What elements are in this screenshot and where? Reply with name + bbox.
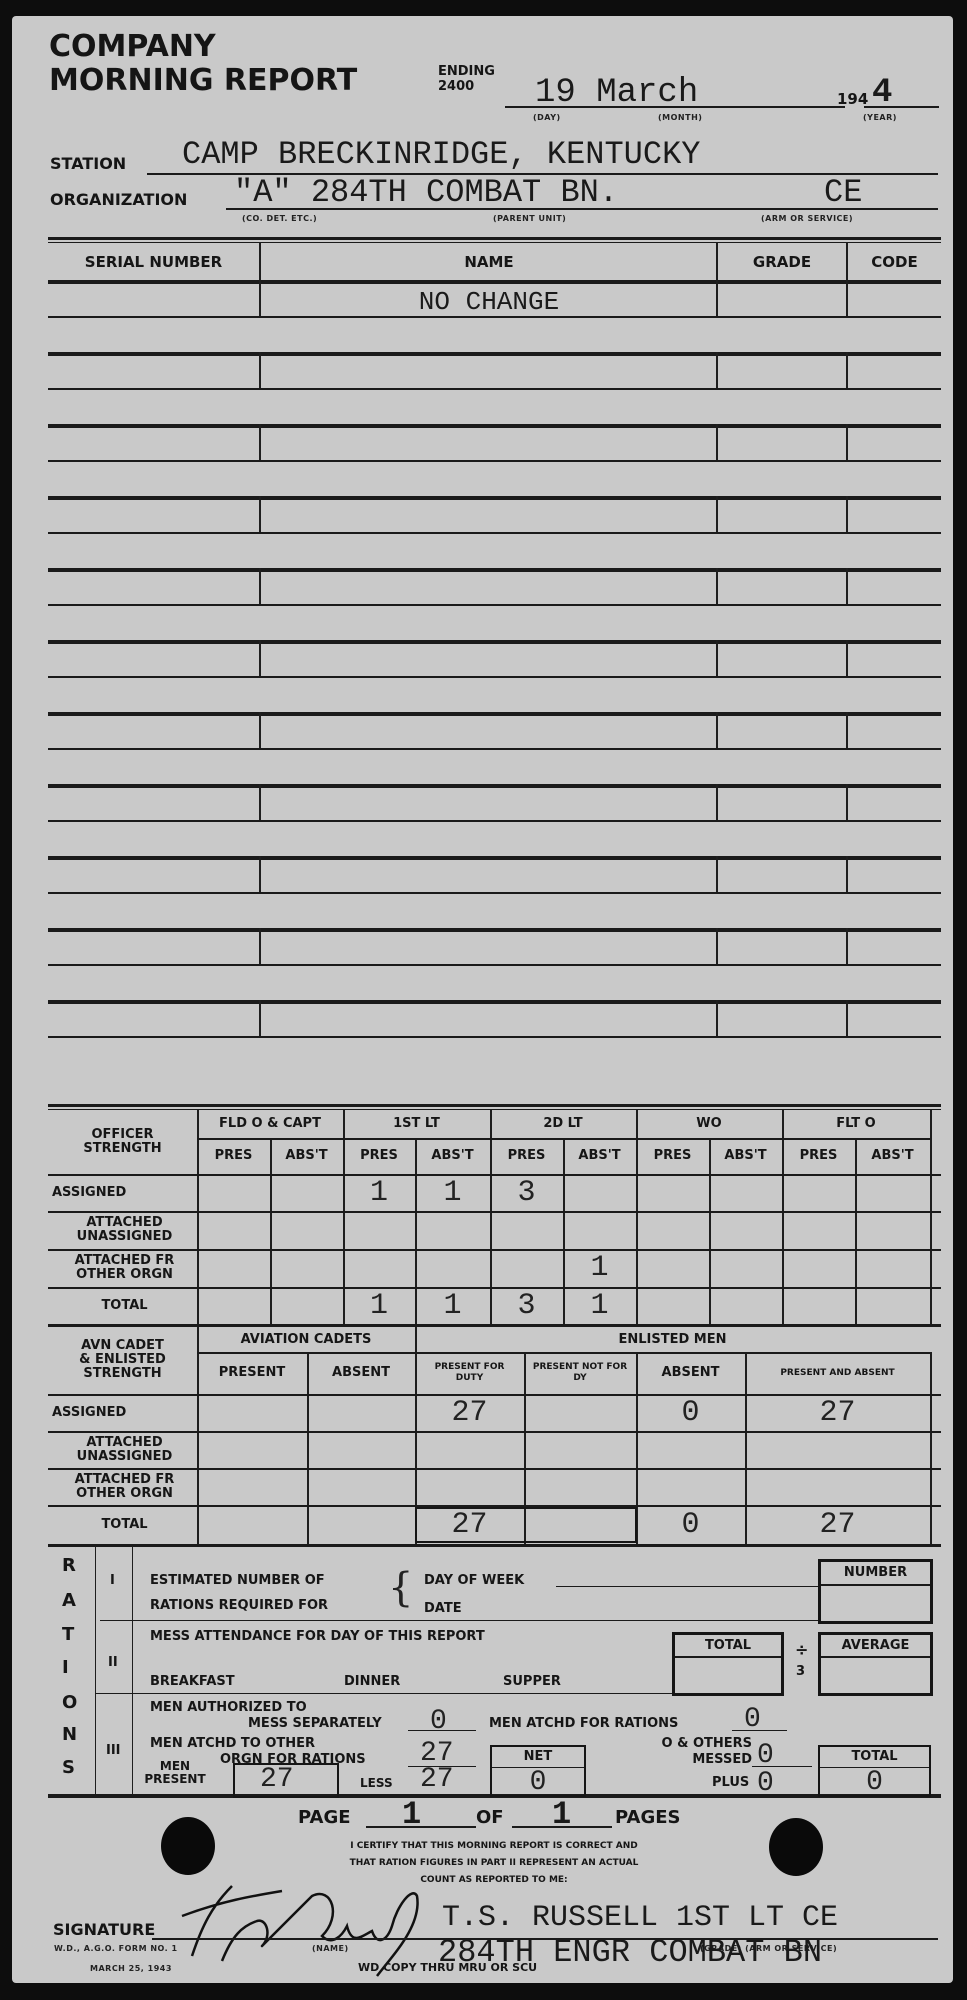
officer-cell[interactable] — [782, 1287, 855, 1324]
officer-cell[interactable] — [855, 1249, 930, 1287]
col-divider — [259, 640, 261, 676]
unit-stamp: 284TH ENGR COMBAT BN — [438, 1934, 822, 1971]
enlisted-cell[interactable]: 27 — [745, 1394, 930, 1431]
col-divider — [259, 242, 261, 280]
station-label: STATION — [50, 154, 126, 173]
roster-row-rule — [48, 748, 941, 750]
col-divider — [259, 280, 261, 316]
officer-group-header: FLT O — [782, 1110, 930, 1138]
officer-cell[interactable] — [490, 1211, 563, 1249]
net-label: NET — [490, 1747, 586, 1767]
enlisted-cell[interactable] — [524, 1394, 636, 1431]
officer-cell[interactable] — [415, 1249, 490, 1287]
col-divider — [846, 242, 848, 280]
roster-row-rule — [48, 424, 941, 428]
year-caption: (YEAR) — [863, 113, 897, 122]
title-line-2: MORNING REPORT — [49, 64, 357, 98]
col-divider — [846, 568, 848, 604]
header-serial-number: SERIAL NUMBER — [48, 244, 259, 280]
section-rule — [48, 1104, 941, 1107]
officer-cell[interactable] — [782, 1249, 855, 1287]
men-present-value: 27 — [260, 1764, 294, 1795]
enlisted-cell[interactable] — [197, 1394, 307, 1431]
row-label: ATTACHED FR OTHER ORGN — [52, 1468, 197, 1505]
divide-icon: ÷ — [795, 1643, 808, 1657]
title-line: STRENGTH — [83, 1142, 161, 1156]
box-rule — [821, 1656, 930, 1658]
sub-header-abst: ABS'T — [855, 1138, 930, 1174]
officer-cell[interactable] — [709, 1287, 782, 1324]
rations-total-label: TOTAL — [818, 1747, 931, 1767]
col-divider — [716, 280, 718, 316]
officer-cell[interactable] — [490, 1249, 563, 1287]
col-divider — [716, 242, 718, 280]
sub-header-abst: ABS'T — [563, 1138, 636, 1174]
organization-value: "A" 284TH COMBAT BN. — [234, 174, 618, 211]
sub-header-pres: PRES — [782, 1138, 855, 1174]
rations-side-letter: A — [62, 1594, 76, 1608]
form-title: COMPANY MORNING REPORT — [49, 30, 357, 98]
sub-header-pres: PRES — [490, 1138, 563, 1174]
officer-cell[interactable] — [563, 1211, 636, 1249]
co-caption: (CO. DET. ETC.) — [242, 214, 317, 223]
ending-label: ENDING 2400 — [438, 64, 495, 94]
organization-label: ORGANIZATION — [50, 190, 187, 209]
ending-text: ENDING — [438, 64, 495, 79]
brace-icon: { — [388, 1566, 413, 1610]
form-number: W.D., A.G.O. FORM NO. 1 — [54, 1944, 178, 1953]
number-label: NUMBER — [818, 1562, 933, 1584]
dinner-label: DINNER — [344, 1675, 400, 1689]
page-label: PAGE — [298, 1807, 351, 1828]
roster-row-rule — [48, 1036, 941, 1038]
enlisted-cell[interactable] — [307, 1394, 415, 1431]
row-rule — [100, 1620, 820, 1621]
title-line: OFFICER — [91, 1128, 153, 1142]
col-divider — [716, 1000, 718, 1036]
mess-total-label: TOTAL — [672, 1635, 784, 1656]
men-atchd-rations-value[interactable]: 0 — [744, 1704, 761, 1735]
roster-top-rule-2 — [48, 242, 941, 243]
box-rule — [821, 1584, 930, 1586]
officer-cell[interactable] — [415, 1211, 490, 1249]
roster-row-rule — [48, 712, 941, 716]
others-text-2: MESSED — [632, 1753, 752, 1767]
officer-cell[interactable] — [270, 1174, 343, 1211]
col-divider — [259, 568, 261, 604]
rations-side-letter: I — [62, 1661, 69, 1675]
col-divider — [846, 856, 848, 892]
mess-separately-text-1: MEN AUTHORIZED TO — [150, 1701, 307, 1715]
signed-name: T.S. RUSSELL 1ST LT CE — [442, 1901, 838, 1935]
officer-cell[interactable] — [782, 1174, 855, 1211]
col-divider — [716, 712, 718, 748]
enlisted-cell[interactable]: 0 — [636, 1505, 745, 1544]
officer-cell[interactable] — [709, 1249, 782, 1287]
name-caption: (NAME) — [312, 1944, 349, 1953]
day-of-week-label: DAY OF WEEK — [424, 1574, 524, 1588]
punch-hole-right — [769, 1818, 823, 1876]
roster-row-rule — [48, 532, 941, 534]
signature-label: SIGNATURE — [53, 1920, 155, 1939]
roster-row-rule — [48, 496, 941, 500]
sub-header-pres: PRES — [636, 1138, 709, 1174]
officer-cell[interactable] — [343, 1249, 415, 1287]
parent-caption: (PARENT UNIT) — [493, 214, 566, 223]
box-rule — [675, 1656, 781, 1658]
others-text-1: O & OTHERS — [632, 1737, 752, 1751]
roster-row-rule — [48, 892, 941, 894]
others-value[interactable]: 0 — [757, 1740, 774, 1771]
enlisted-cell[interactable] — [197, 1505, 307, 1544]
officer-cell[interactable] — [563, 1174, 636, 1211]
less-value: 27 — [420, 1764, 454, 1795]
officer-cell[interactable] — [636, 1211, 709, 1249]
col-divider — [716, 352, 718, 388]
station-value: CAMP BRECKINRIDGE, KENTUCKY — [182, 136, 700, 173]
col-divider — [259, 352, 261, 388]
sub-header-abst: ABS'T — [709, 1138, 782, 1174]
row-rule — [95, 1693, 695, 1694]
officer-cell[interactable]: 1 — [563, 1287, 636, 1324]
arm-value: CE — [824, 174, 862, 211]
roster-row-rule — [48, 352, 941, 356]
roster-row-rule — [48, 856, 941, 860]
officer-cell[interactable]: 1 — [415, 1287, 490, 1324]
rations-side-letter: T — [62, 1628, 74, 1642]
enlisted-column-header: ABSENT — [636, 1352, 745, 1394]
col-divider — [259, 784, 261, 820]
day-of-week-line[interactable] — [556, 1586, 818, 1587]
plus-value: 0 — [757, 1768, 774, 1799]
enlisted-cell[interactable] — [307, 1431, 415, 1468]
col-divider — [846, 280, 848, 316]
roster-row-rule — [48, 568, 941, 572]
officer-cell[interactable] — [636, 1249, 709, 1287]
ending-time: 2400 — [438, 79, 495, 94]
enlisted-cell[interactable] — [524, 1431, 636, 1468]
col-divider — [930, 1110, 932, 1324]
men-atchd-rations-label: MEN ATCHD FOR RATIONS — [489, 1717, 678, 1731]
mess-separately-text-2: MESS SEPARATELY — [248, 1717, 382, 1731]
enlisted-cell[interactable]: 0 — [636, 1394, 745, 1431]
group-enlisted-men: ENLISTED MEN — [415, 1327, 930, 1352]
title-line: & ENLISTED — [79, 1353, 166, 1367]
col-divider — [846, 928, 848, 964]
enlisted-cell[interactable]: 27 — [415, 1394, 524, 1431]
col-divider — [259, 712, 261, 748]
officer-cell[interactable] — [855, 1287, 930, 1324]
enlisted-cell[interactable]: 27 — [745, 1505, 930, 1544]
pages-label: PAGES — [615, 1807, 681, 1828]
roster-row-rule — [48, 676, 941, 678]
row-label: ASSIGNED — [52, 1394, 197, 1431]
enlisted-cell[interactable] — [307, 1468, 415, 1505]
month-caption: (MONTH) — [658, 113, 702, 122]
enlisted-cell[interactable] — [415, 1468, 524, 1505]
rations-side-letter: O — [62, 1696, 77, 1710]
officer-group-header: FLD O & CAPT — [197, 1110, 343, 1138]
col-divider — [716, 856, 718, 892]
roster-row-rule — [48, 460, 941, 462]
col-divider — [132, 1546, 133, 1794]
rations-required-text: RATIONS REQUIRED FOR — [150, 1599, 328, 1613]
sub-header-abst: ABS'T — [270, 1138, 343, 1174]
roster-row-rule — [48, 388, 941, 390]
row-label: ATTACHED UNASSIGNED — [52, 1211, 197, 1249]
officer-cell[interactable] — [197, 1287, 270, 1324]
officer-strength-title: OFFICERSTRENGTH — [48, 1110, 197, 1174]
officer-cell[interactable] — [709, 1211, 782, 1249]
row-rule — [48, 1544, 941, 1547]
officer-cell[interactable]: 3 — [490, 1287, 563, 1324]
roster-row-rule — [48, 1000, 941, 1004]
total-highlight-box — [415, 1507, 637, 1543]
enlisted-strength-title: AVN CADET& ENLISTEDSTRENGTH — [48, 1327, 197, 1393]
organization-underline — [226, 208, 938, 210]
rations-side-letter: R — [62, 1559, 76, 1573]
enlisted-column-header: PRESENT FOR DUTY — [415, 1352, 524, 1394]
roster-row-rule — [48, 604, 941, 606]
mess-attendance-text: MESS ATTENDANCE FOR DAY OF THIS REPORT — [150, 1630, 485, 1644]
mess-separately-value[interactable]: 0 — [430, 1706, 447, 1737]
header-name: NAME — [261, 244, 717, 280]
net-value: 0 — [490, 1768, 586, 1796]
atchd-other-text-1: MEN ATCHD TO OTHER — [150, 1737, 315, 1751]
row-label: TOTAL — [52, 1505, 197, 1544]
officer-cell[interactable] — [343, 1211, 415, 1249]
officer-cell[interactable]: 3 — [490, 1174, 563, 1211]
officer-cell[interactable] — [197, 1174, 270, 1211]
enlisted-column-header: PRESENT — [197, 1352, 307, 1394]
average-label: AVERAGE — [818, 1635, 933, 1656]
officer-group-header: 2D LT — [490, 1110, 636, 1138]
row-label: TOTAL — [52, 1287, 197, 1324]
of-label: OF — [476, 1807, 504, 1828]
officer-cell[interactable] — [197, 1249, 270, 1287]
title-line: AVN CADET — [81, 1339, 164, 1353]
row-label: ASSIGNED — [52, 1174, 197, 1211]
title-line-1: COMPANY — [49, 30, 357, 64]
sub-header-pres: PRES — [197, 1138, 270, 1174]
rations-side-letter: S — [62, 1761, 75, 1775]
officer-cell[interactable] — [270, 1287, 343, 1324]
col-divider — [846, 424, 848, 460]
title-line: STRENGTH — [83, 1367, 161, 1381]
form-date: MARCH 25, 1943 — [90, 1964, 172, 1973]
col-divider — [259, 496, 261, 532]
rations-side-letter: N — [62, 1728, 77, 1742]
sub-header-pres: PRES — [343, 1138, 415, 1174]
col-divider — [716, 496, 718, 532]
morning-report-form: COMPANY MORNING REPORT ENDING 2400 19 Ma… — [12, 16, 953, 1983]
divisor: 3 — [796, 1665, 805, 1679]
breakfast-label: BREAKFAST — [150, 1675, 235, 1689]
men-present-label: MENPRESENT — [140, 1760, 210, 1786]
less-label: LESS — [360, 1776, 393, 1790]
col-divider — [930, 1352, 932, 1544]
sub-header-abst: ABS'T — [415, 1138, 490, 1174]
roster-row-rule — [48, 820, 941, 822]
enlisted-cell[interactable] — [415, 1431, 524, 1468]
col-divider — [716, 568, 718, 604]
enlisted-cell[interactable] — [636, 1431, 745, 1468]
header-code: CODE — [848, 244, 941, 280]
group-aviation-cadets: AVIATION CADETS — [197, 1327, 415, 1352]
enlisted-column-header: PRESENT AND ABSENT — [745, 1352, 930, 1394]
page-value: 1 — [402, 1796, 421, 1833]
officer-cell[interactable] — [709, 1174, 782, 1211]
col-divider — [846, 1000, 848, 1036]
officer-cell[interactable] — [855, 1174, 930, 1211]
enlisted-column-header: ABSENT — [307, 1352, 415, 1394]
officer-cell[interactable]: 1 — [563, 1249, 636, 1287]
enlisted-cell[interactable] — [197, 1431, 307, 1468]
col-divider — [846, 640, 848, 676]
date-underline — [505, 106, 845, 108]
enlisted-cell[interactable] — [745, 1431, 930, 1468]
officer-cell[interactable] — [636, 1174, 709, 1211]
rations-total-value: 0 — [818, 1768, 931, 1796]
enlisted-cell[interactable] — [636, 1468, 745, 1505]
present-label: PRESENT — [140, 1773, 210, 1786]
year-underline — [864, 106, 939, 108]
part-3-numeral: III — [106, 1744, 121, 1758]
officer-cell[interactable] — [270, 1211, 343, 1249]
plus-label: PLUS — [712, 1776, 749, 1790]
col-divider — [846, 496, 848, 532]
officer-group-header: WO — [636, 1110, 782, 1138]
roster-top-rule — [48, 237, 941, 240]
officer-cell[interactable] — [855, 1211, 930, 1249]
officer-cell[interactable] — [782, 1211, 855, 1249]
officer-cell[interactable]: 1 — [343, 1287, 415, 1324]
arm-caption: (ARM OR SERVICE) — [761, 214, 853, 223]
enlisted-cell[interactable] — [197, 1468, 307, 1505]
certify-line-1: I CERTIFY THAT THIS MORNING REPORT IS CO… — [274, 1838, 714, 1855]
officer-group-header: 1ST LT — [343, 1110, 490, 1138]
col-divider — [716, 928, 718, 964]
col-divider — [259, 928, 261, 964]
roster-row-rule — [48, 640, 941, 644]
estimated-text: ESTIMATED NUMBER OF — [150, 1574, 325, 1588]
col-divider — [846, 712, 848, 748]
col-divider — [259, 424, 261, 460]
enlisted-cell[interactable] — [307, 1505, 415, 1544]
date-label: DATE — [424, 1602, 462, 1616]
row-label: ATTACHED UNASSIGNED — [52, 1431, 197, 1468]
part-1-numeral: I — [110, 1574, 115, 1588]
row-label: ATTACHED FR OTHER ORGN — [52, 1249, 197, 1287]
enlisted-column-header: PRESENT NOT FOR DY — [524, 1352, 636, 1394]
enlisted-cell[interactable] — [745, 1468, 930, 1505]
part-2-numeral: II — [108, 1656, 118, 1670]
roster-row-rule — [48, 316, 941, 318]
of-value: 1 — [552, 1796, 571, 1833]
col-divider — [846, 784, 848, 820]
col-divider — [259, 856, 261, 892]
officer-cell[interactable] — [636, 1287, 709, 1324]
col-divider — [716, 640, 718, 676]
roster-row-rule — [48, 964, 941, 966]
supper-label: SUPPER — [503, 1675, 561, 1689]
day-caption: (DAY) — [533, 113, 561, 122]
roster-row-rule — [48, 784, 941, 788]
enlisted-cell[interactable] — [524, 1468, 636, 1505]
officer-cell[interactable] — [197, 1211, 270, 1249]
header-grade: GRADE — [718, 244, 846, 280]
roster-row-rule — [48, 928, 941, 932]
officer-cell[interactable] — [270, 1249, 343, 1287]
col-divider — [95, 1546, 96, 1794]
col-divider — [716, 784, 718, 820]
officer-cell[interactable]: 1 — [415, 1174, 490, 1211]
officer-cell[interactable]: 1 — [343, 1174, 415, 1211]
col-divider — [716, 424, 718, 460]
roster-header-rule — [48, 280, 941, 284]
col-divider — [259, 1000, 261, 1036]
col-divider — [846, 352, 848, 388]
